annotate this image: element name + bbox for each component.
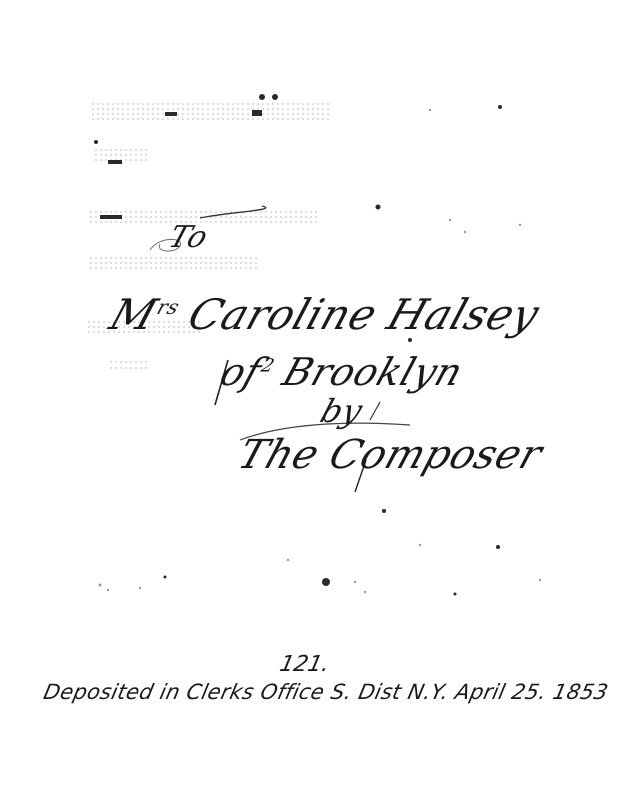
dedicatee-name-line: Mrs Caroline Halsey [104, 290, 546, 339]
place-name: Brooklyn [277, 350, 468, 394]
dedicatee-place-line: of2 Brooklyn [215, 350, 469, 394]
dedicatee-name: Caroline Halsey [182, 290, 545, 339]
composer-credit: The Composer [233, 432, 548, 478]
copyright-deposit-note: Deposited in Clerks Office S. Dist N.Y. … [41, 680, 610, 704]
document-page: To Mrs Caroline Halsey of2 Brooklyn by T… [0, 0, 618, 800]
catalog-number: 121. [277, 652, 331, 677]
